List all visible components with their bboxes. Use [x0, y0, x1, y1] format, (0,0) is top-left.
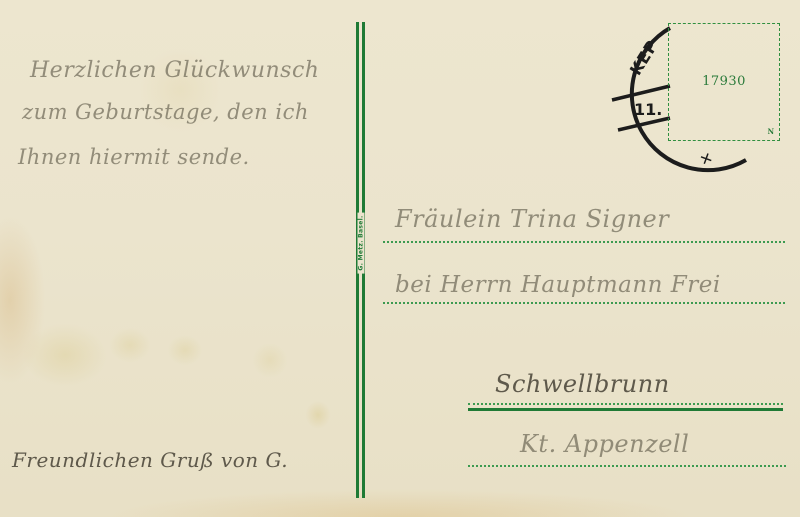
message-line-1: Herzlichen Glückwunsch — [30, 58, 319, 83]
address-line-4: Kt. Appenzell — [520, 430, 689, 458]
postcard-back: Herzlichen Glückwunsch zum Geburtstage, … — [0, 0, 800, 517]
stamp-box-mark: N — [768, 127, 774, 136]
address-rule-4 — [468, 465, 786, 467]
address-line-2: bei Herrn Hauptmann Frei — [395, 272, 721, 298]
address-rule-1 — [383, 241, 785, 243]
address-rule-3-solid — [468, 408, 783, 411]
address-line-3: Schwellbrunn — [495, 370, 670, 398]
stamp-box-code: 17930 — [669, 74, 779, 89]
printer-imprint: G. Metz. Basel. — [358, 212, 365, 273]
message-line-2: zum Geburtstage, den ich — [22, 100, 309, 124]
message-line-3: Ihnen hiermit sende. — [18, 145, 250, 169]
address-rule-2 — [383, 302, 785, 304]
stamp-placement-box: 17930 N — [668, 23, 780, 141]
address-line-1: Fräulein Trina Signer — [395, 205, 669, 233]
message-closing: Freundlichen Gruß von G. — [12, 448, 288, 472]
postmark-date: 11. — [634, 100, 662, 119]
address-rule-3 — [468, 403, 783, 405]
